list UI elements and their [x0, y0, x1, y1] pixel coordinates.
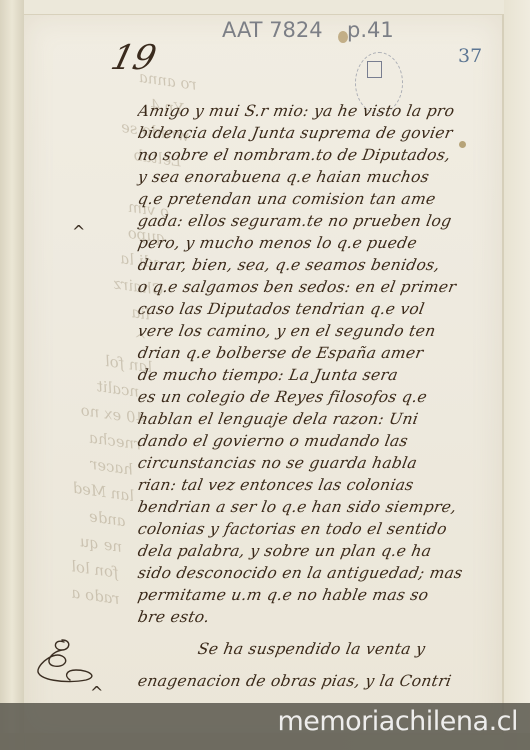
manuscript-line: permitame u.m q.e no hable mas so [136, 584, 510, 606]
archive-reference: AAT 7824 [222, 18, 323, 42]
page-top-fold [24, 0, 530, 14]
manuscript-line: rian: tal vez entonces las colonias [136, 474, 510, 496]
caret-mark-icon: ^ [72, 222, 85, 241]
manuscript-line: bendrian a ser lo q.e han sido siempre, [136, 496, 510, 518]
archive-page-number: p.41 [347, 18, 394, 42]
manuscript-line: pero, y mucho menos lo q.e puede [136, 232, 510, 254]
manuscript-line: es un colegio de Reyes filosofos q.e [136, 386, 510, 408]
manuscript-line: de mucho tiempo: La Junta sera [136, 364, 510, 386]
rubric-flourish-icon [36, 636, 98, 688]
manuscript-line: y sea enorabuena q.e haian muchos [136, 166, 510, 188]
folio-number: 37 [458, 45, 482, 67]
manuscript-line: dando el govierno o mudando las [136, 430, 510, 452]
manuscript-line: sido desconocido en la antiguedad; mas [136, 562, 510, 584]
manuscript-line: enagenacion de obras pias, y la Contri [136, 670, 510, 692]
manuscript-line: no sobre el nombram.to de Diputados, [136, 144, 510, 166]
manuscript-line: hablan el lenguaje dela razon: Uni [136, 408, 510, 430]
stamp-box-icon [367, 61, 382, 78]
manuscript-line: Se ha suspendido la venta y [136, 638, 510, 660]
manuscript-line: caso las Diputados tendrian q.e vol [136, 298, 510, 320]
manuscript-line: q.e pretendan una comision tan ame [136, 188, 510, 210]
manuscript-line: bidencia dela Junta suprema de govier [136, 122, 510, 144]
manuscript-line: colonias y factorias en todo el sentido [136, 518, 510, 540]
manuscript-text: Amigo y mui S.r mio: ya he visto la pro … [138, 100, 508, 692]
watermark-text: memoriachilena.cl [277, 706, 518, 737]
manuscript-line: bre esto. [136, 606, 510, 628]
manuscript-line: gada: ellos seguram.te no prueben log [136, 210, 510, 232]
manuscript-line: durar, bien, sea, q.e seamos benidos, [136, 254, 510, 276]
manuscript-line: drian q.e bolberse de España amer [136, 342, 510, 364]
manuscript-line: Amigo y mui S.r mio: ya he visto la pro [136, 100, 510, 122]
manuscript-line: vere los camino, y en el segundo ten [136, 320, 510, 342]
manuscript-line: o q.e salgamos ben sedos: en el primer [136, 276, 510, 298]
manuscript-line: dela palabra, y sobre un plan q.e ha [136, 540, 510, 562]
manuscript-line: circunstancias no se guarda habla [136, 452, 510, 474]
